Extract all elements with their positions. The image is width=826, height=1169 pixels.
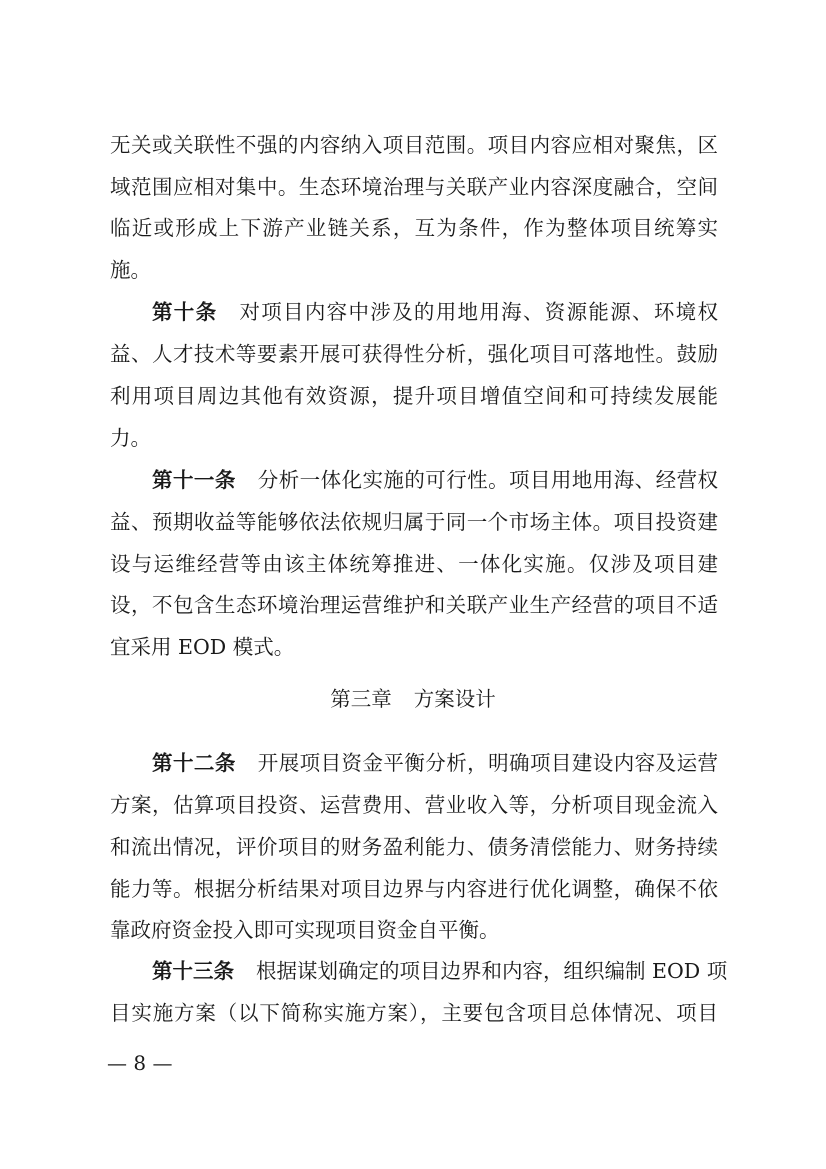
text-line: 分析一体化实施的可行性。项目用地用海、经营权 [258,468,718,492]
text-line: 施。 [110,255,718,285]
text-line: 能力等。根据分析结果对项目边界与内容进行优化调整，确保不依 [110,874,718,904]
chapter-heading: 第三章方案设计 [0,684,826,714]
text-line: 宜采用 EOD 模式。 [110,632,718,662]
text-line: 方案，估算项目投资、运营费用、营业收入等，分析项目现金流入 [110,790,718,820]
chapter-number: 第三章 [330,687,392,711]
text-line: 益、人才技术等要素开展可获得性分析，强化项目可落地性。鼓励 [110,339,718,369]
text-line: 设与运维经营等由该主体统筹推进、一体化实施。仅涉及项目建 [110,549,718,579]
article-10-first-line: 第十条对项目内容中涉及的用地用海、资源能源、环境权 [152,297,718,327]
text-line: 利用项目周边其他有效资源，提升项目增值空间和可持续发展能 [110,381,718,411]
text-line: 无关或关联性不强的内容纳入项目范围。项目内容应相对聚焦，区 [110,130,718,160]
article-11-first-line: 第十一条分析一体化实施的可行性。项目用地用海、经营权 [152,465,718,495]
text-line: 开展项目资金平衡分析，明确项目建设内容及运营 [258,751,718,775]
text-line: 和流出情况，评价项目的财务盈利能力、债务清偿能力、财务持续 [110,832,718,862]
text-line: 靠政府资金投入即可实现项目资金自平衡。 [110,915,718,945]
text-line: 目实施方案（以下简称实施方案），主要包含项目总体情况、项目 [110,998,718,1028]
page-number: — 8 — [107,1048,172,1078]
article-label: 第十一条 [152,468,236,492]
text-line: 临近或形成上下游产业链关系，互为条件，作为整体项目统筹实 [110,213,718,243]
text-line: 根据谋划确定的项目边界和内容，组织编制 EOD 项 [256,959,727,983]
article-label: 第十三条 [152,959,234,983]
article-12-first-line: 第十二条开展项目资金平衡分析，明确项目建设内容及运营 [152,748,718,778]
text-line: 域范围应相对集中。生态环境治理与关联产业内容深度融合，空间 [110,172,718,202]
text-line: 力。 [110,423,718,453]
document-page: 无关或关联性不强的内容纳入项目范围。项目内容应相对聚焦，区 域范围应相对集中。生… [0,0,826,1169]
article-label: 第十二条 [152,751,236,775]
article-13-first-line: 第十三条根据谋划确定的项目边界和内容，组织编制 EOD 项 [152,956,718,986]
article-label: 第十条 [152,300,217,324]
chapter-title: 方案设计 [414,687,496,711]
text-line: 对项目内容中涉及的用地用海、资源能源、环境权 [239,300,718,324]
text-line: 设，不包含生态环境治理运营维护和关联产业生产经营的项目不适 [110,590,718,620]
text-line: 益、预期收益等能够依法依规归属于同一个市场主体。项目投资建 [110,507,718,537]
